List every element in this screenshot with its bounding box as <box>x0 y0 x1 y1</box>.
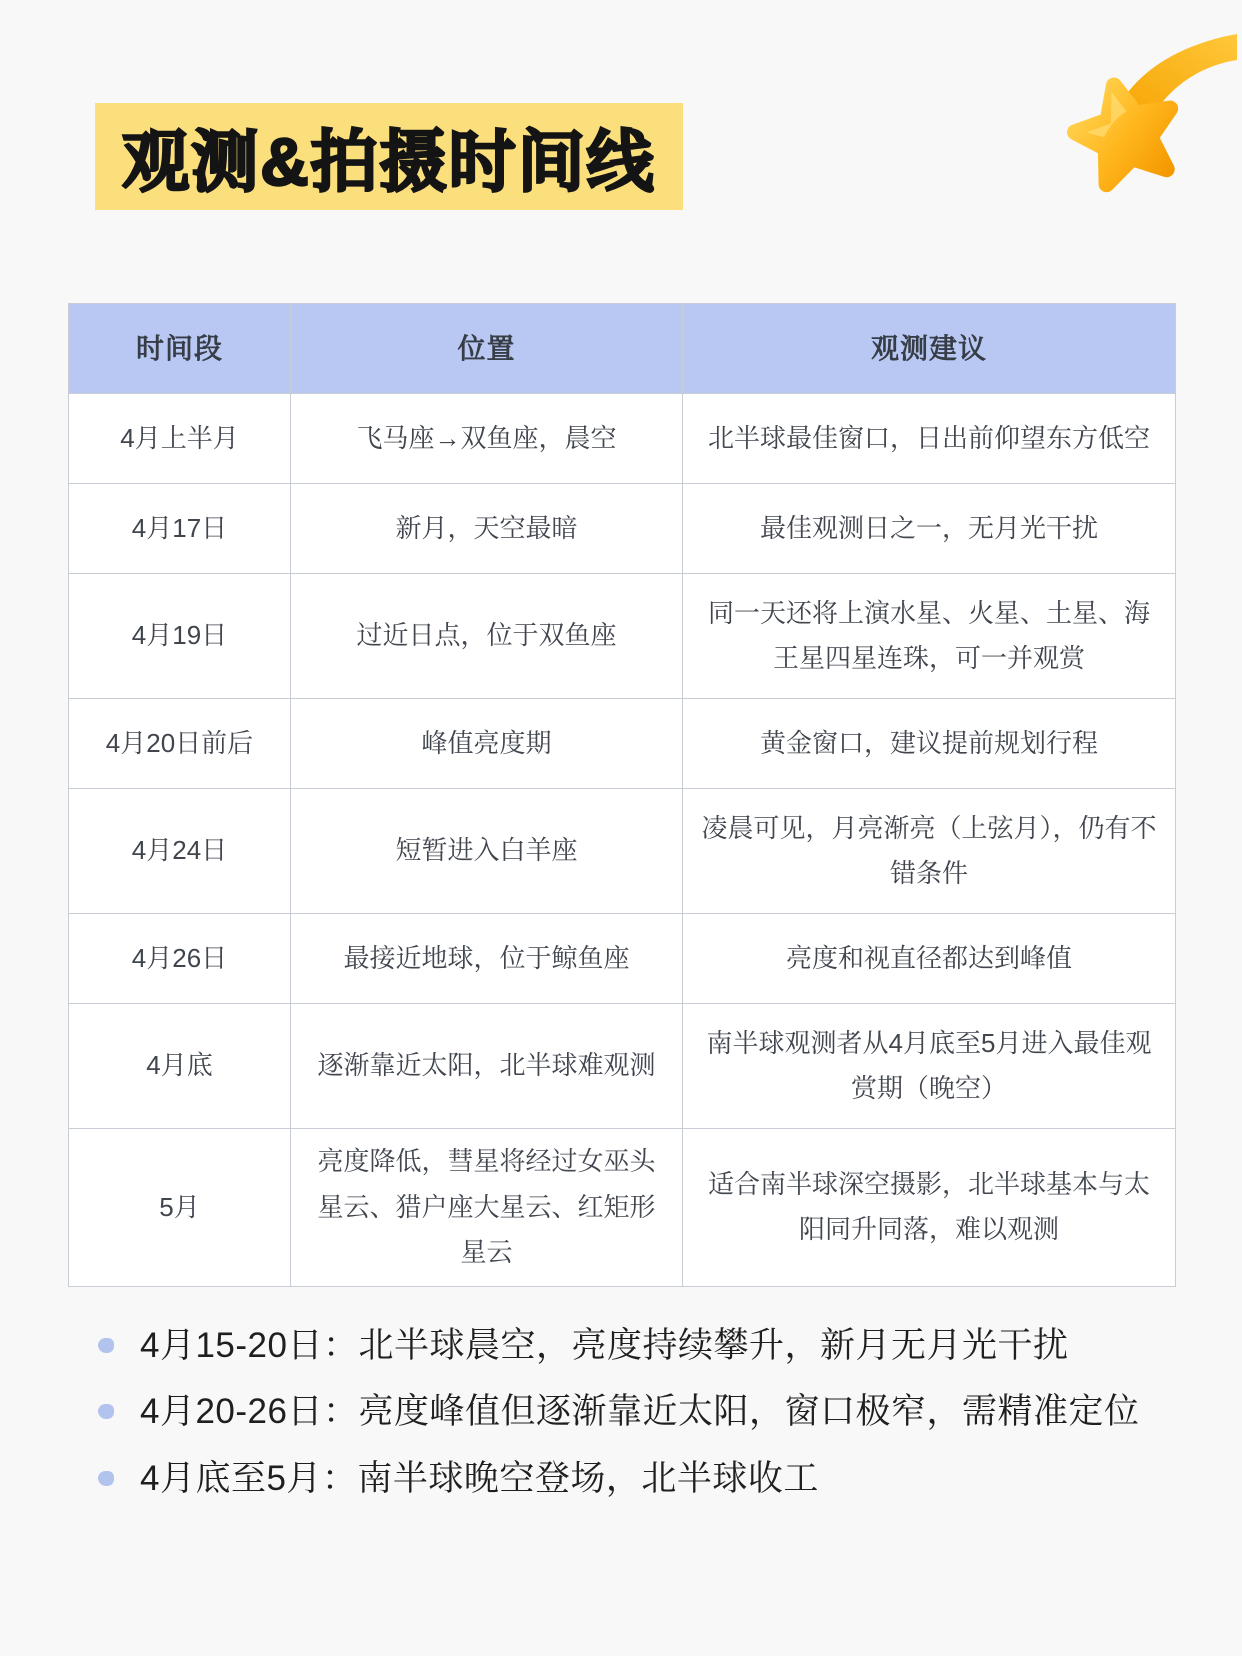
table-cell-position: 峰值亮度期 <box>291 699 683 789</box>
note-text: 4月20-26日：亮度峰值但逐渐靠近太阳，窗口极窄，需精准定位 <box>140 1388 1139 1435</box>
page-title: 观测&拍摄时间线 <box>122 109 655 205</box>
table-cell-advice: 北半球最佳窗口，日出前仰望东方低空 <box>683 394 1176 484</box>
table-row: 4月24日 短暂进入白羊座 凌晨可见，月亮渐亮（上弦月），仍有不错条件 <box>69 789 1176 914</box>
timeline-table: 时间段 位置 观测建议 4月上半月 飞马座→双鱼座，晨空 北半球最佳窗口，日出前… <box>68 303 1176 1287</box>
shooting-star-icon <box>1022 28 1237 200</box>
table-cell-time: 4月上半月 <box>69 394 291 484</box>
column-header-time: 时间段 <box>69 304 291 394</box>
table-cell-advice: 最佳观测日之一，无月光干扰 <box>683 484 1176 574</box>
table-row: 4月19日 过近日点，位于双鱼座 同一天还将上演水星、火星、土星、海王星四星连珠… <box>69 574 1176 699</box>
table-cell-time: 4月17日 <box>69 484 291 574</box>
table-row: 4月17日 新月，天空最暗 最佳观测日之一，无月光干扰 <box>69 484 1176 574</box>
bullet-dot-icon <box>98 1471 114 1486</box>
table-cell-position: 最接近地球，位于鲸鱼座 <box>291 914 683 1004</box>
table-row: 4月26日 最接近地球，位于鲸鱼座 亮度和视直径都达到峰值 <box>69 914 1176 1004</box>
summary-notes: 4月15-20日：北半球晨空，亮度持续攀升，新月无月光干扰 4月20-26日：亮… <box>98 1322 1178 1521</box>
list-item: 4月底至5月：南半球晚空登场，北半球收工 <box>98 1455 1178 1502</box>
title-banner: 观测&拍摄时间线 <box>95 103 683 210</box>
table-cell-time: 4月底 <box>69 1004 291 1129</box>
table-cell-position: 飞马座→双鱼座，晨空 <box>291 394 683 484</box>
table-cell-time: 4月20日前后 <box>69 699 291 789</box>
table-cell-time: 4月19日 <box>69 574 291 699</box>
table-row: 5月 亮度降低，彗星将经过女巫头星云、猎户座大星云、红矩形星云 适合南半球深空摄… <box>69 1129 1176 1287</box>
column-header-advice: 观测建议 <box>683 304 1176 394</box>
table-cell-advice: 适合南半球深空摄影，北半球基本与太阳同升同落，难以观测 <box>683 1129 1176 1287</box>
table-row: 4月上半月 飞马座→双鱼座，晨空 北半球最佳窗口，日出前仰望东方低空 <box>69 394 1176 484</box>
table-cell-position: 过近日点，位于双鱼座 <box>291 574 683 699</box>
table-cell-position: 亮度降低，彗星将经过女巫头星云、猎户座大星云、红矩形星云 <box>291 1129 683 1287</box>
table-cell-advice: 同一天还将上演水星、火星、土星、海王星四星连珠，可一并观赏 <box>683 574 1176 699</box>
column-header-position: 位置 <box>291 304 683 394</box>
bullet-dot-icon <box>98 1404 114 1419</box>
table-cell-time: 4月26日 <box>69 914 291 1004</box>
table-header-row: 时间段 位置 观测建议 <box>69 304 1176 394</box>
infographic-page: { "header": { "title": "观测&拍摄时间线", "high… <box>0 0 1242 1656</box>
table-cell-position: 短暂进入白羊座 <box>291 789 683 914</box>
list-item: 4月15-20日：北半球晨空，亮度持续攀升，新月无月光干扰 <box>98 1322 1178 1369</box>
table-row: 4月底 逐渐靠近太阳，北半球难观测 南半球观测者从4月底至5月进入最佳观赏期（晚… <box>69 1004 1176 1129</box>
table-cell-position: 新月，天空最暗 <box>291 484 683 574</box>
table-cell-advice: 黄金窗口，建议提前规划行程 <box>683 699 1176 789</box>
note-text: 4月底至5月：南半球晚空登场，北半球收工 <box>140 1455 819 1502</box>
table-cell-time: 4月24日 <box>69 789 291 914</box>
table-cell-time: 5月 <box>69 1129 291 1287</box>
table-cell-advice: 南半球观测者从4月底至5月进入最佳观赏期（晚空） <box>683 1004 1176 1129</box>
note-text: 4月15-20日：北半球晨空，亮度持续攀升，新月无月光干扰 <box>140 1322 1068 1369</box>
list-item: 4月20-26日：亮度峰值但逐渐靠近太阳，窗口极窄，需精准定位 <box>98 1388 1178 1435</box>
table-cell-advice: 亮度和视直径都达到峰值 <box>683 914 1176 1004</box>
bullet-dot-icon <box>98 1338 114 1353</box>
table-cell-position: 逐渐靠近太阳，北半球难观测 <box>291 1004 683 1129</box>
table-cell-advice: 凌晨可见，月亮渐亮（上弦月），仍有不错条件 <box>683 789 1176 914</box>
table-row: 4月20日前后 峰值亮度期 黄金窗口，建议提前规划行程 <box>69 699 1176 789</box>
